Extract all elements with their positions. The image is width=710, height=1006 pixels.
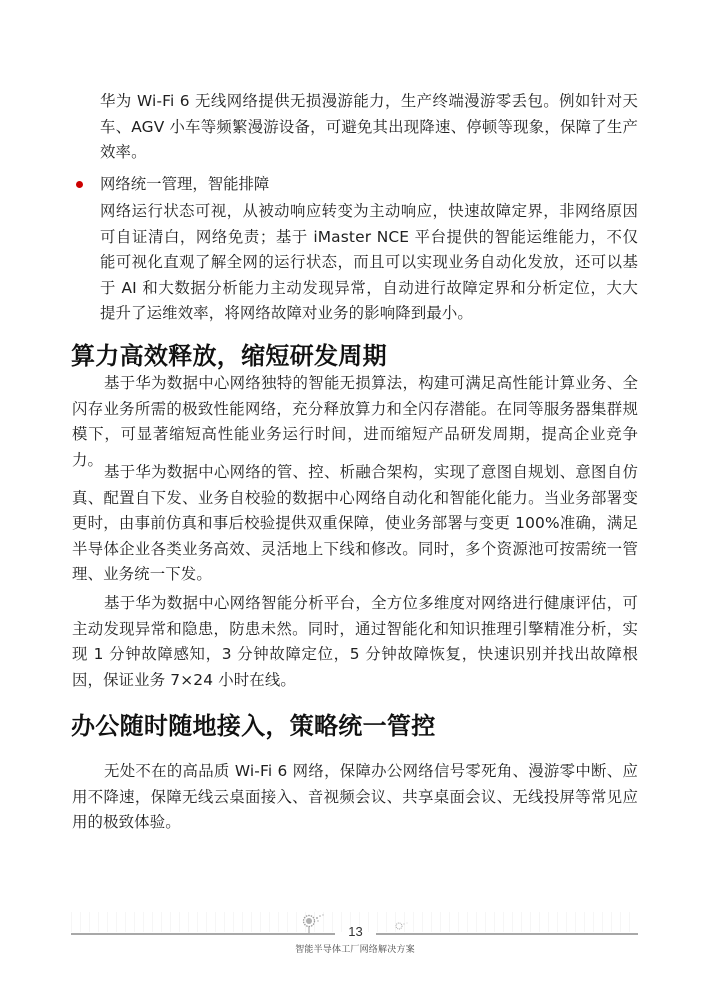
section-office-paragraph-1: 无处不在的高品质 Wi-Fi 6 网络，保障办公网络信号零死角、漫游零中断、应用…: [72, 759, 638, 836]
footer-rule-right: [376, 933, 638, 935]
bullet-dot-icon: [76, 181, 83, 188]
intro-paragraph: 华为 Wi-Fi 6 无线网络提供无损漫游能力，生产终端漫游零丢包。例如针对天车…: [100, 89, 638, 166]
footer-document-title: 智能半导体工厂网络解决方案: [255, 943, 455, 957]
document-page: 华为 Wi-Fi 6 无线网络提供无损漫游能力，生产终端漫游零丢包。例如针对天车…: [0, 0, 710, 1006]
bullet-body-paragraph: 网络运行状态可视，从被动响应转变为主动响应，快速故障定界，非网络原因可自证清白，…: [100, 199, 638, 327]
dandelion-seed-icon: [395, 921, 409, 931]
section-compute-paragraph-2: 基于华为数据中心网络的管、控、析融合架构，实现了意图自规划、意图自仿真、配置自下…: [72, 460, 638, 588]
footer-rule-left: [71, 933, 335, 935]
section-heading-compute: 算力高效释放，缩短研发周期: [71, 341, 387, 371]
page-number: 13: [335, 924, 376, 940]
section-heading-office: 办公随时随地接入，策略统一管控: [71, 711, 436, 741]
section-compute-paragraph-1: 基于华为数据中心网络独特的智能无损算法，构建可满足高性能计算业务、全闪存业务所需…: [72, 371, 638, 473]
bullet-item: 网络统一管理，智能排障: [72, 172, 269, 196]
section-compute-paragraph-3: 基于华为数据中心网络智能分析平台，全方位多维度对网络进行健康评估，可主动发现异常…: [72, 591, 638, 693]
bullet-label: 网络统一管理，智能排障: [100, 172, 269, 196]
dandelion-icon: [300, 913, 326, 935]
